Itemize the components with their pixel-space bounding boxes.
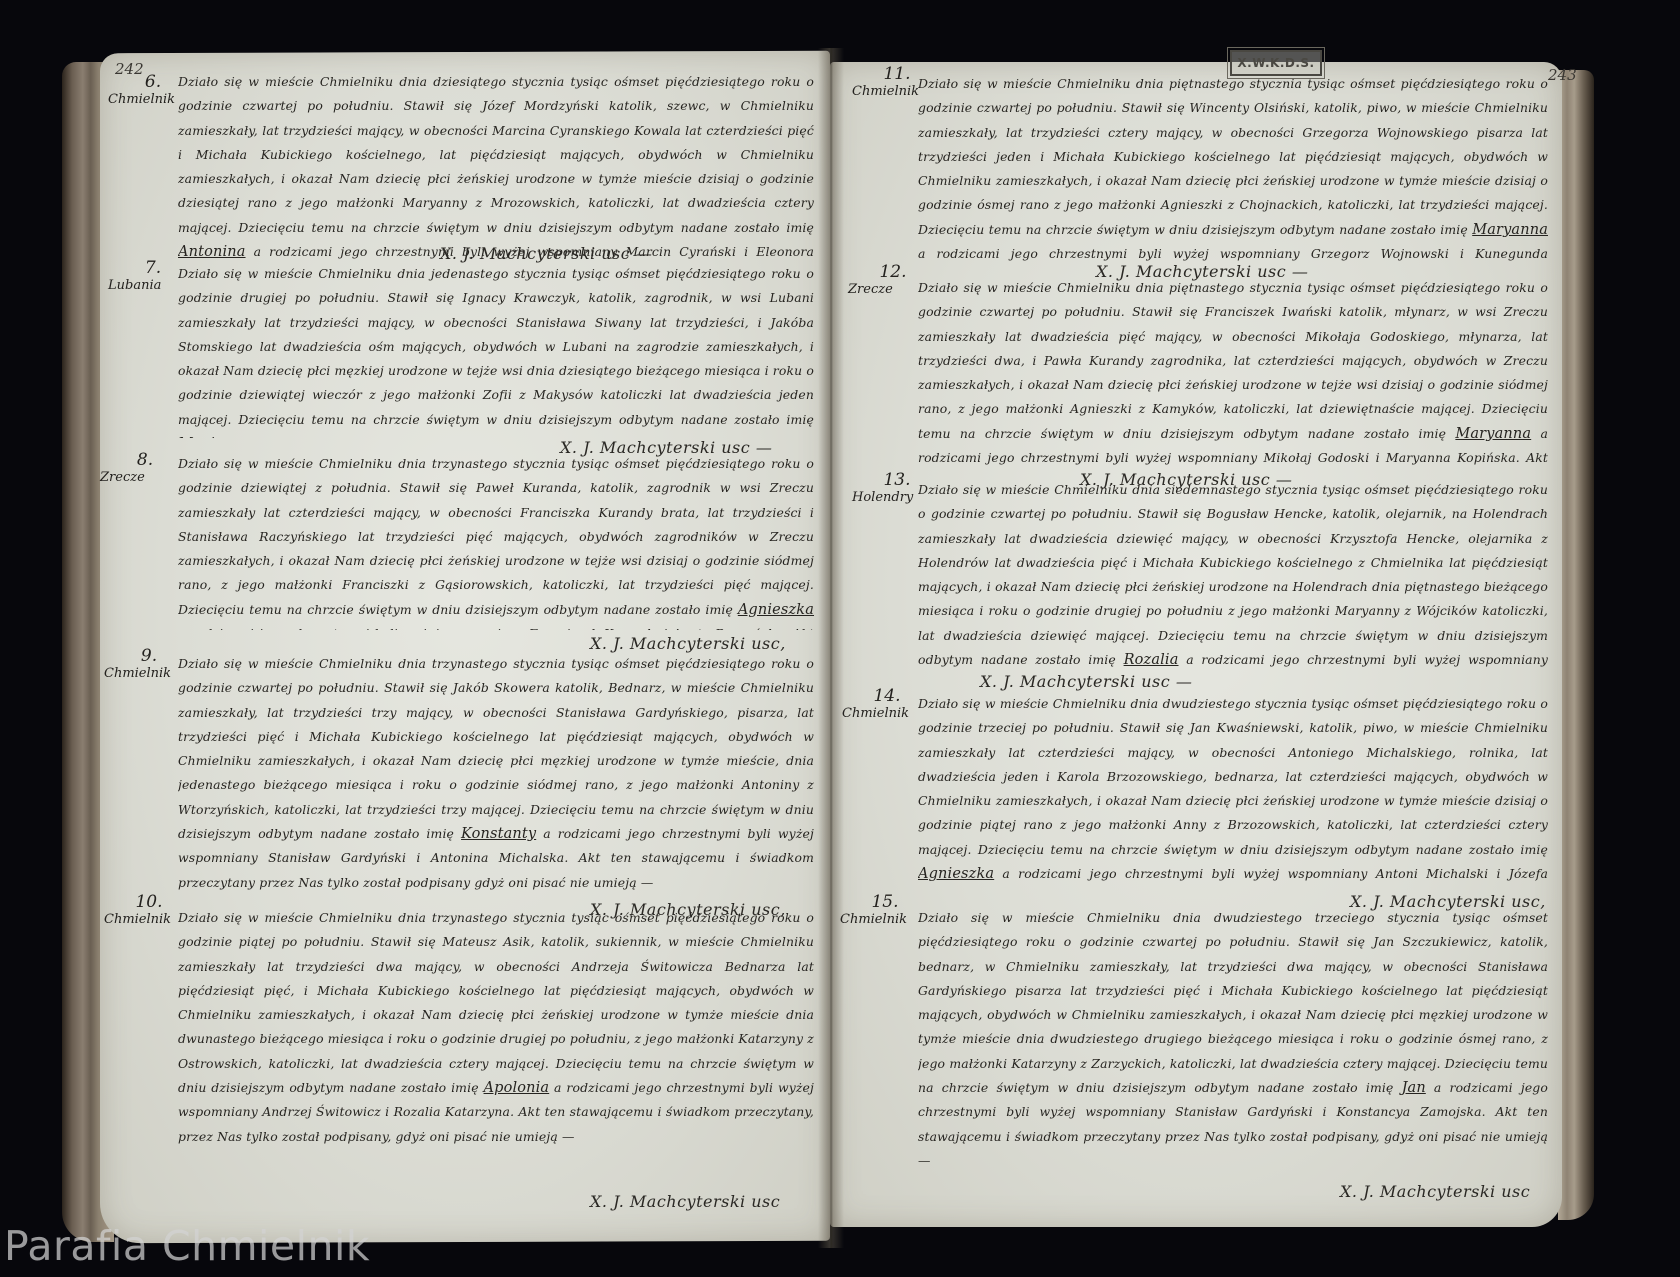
entry-number: 7. bbox=[108, 258, 188, 278]
child-name: Apolonia bbox=[484, 1080, 550, 1096]
child-name: Maciey bbox=[178, 436, 232, 438]
open-register-book: 242 243 X.W.K.D.S. 6. Chmielnik Działo s… bbox=[0, 0, 1680, 1277]
entry-margin: 9. Chmielnik bbox=[104, 646, 184, 681]
entry-text: Działo się w mieście Chmielniku dnia trz… bbox=[178, 906, 814, 1184]
entry-place: Chmielnik bbox=[104, 666, 184, 681]
child-name: Antonina bbox=[178, 244, 246, 260]
entry-margin: 7. Lubania bbox=[108, 258, 188, 293]
parish-watermark: Parafia Chmielnik bbox=[4, 1222, 370, 1270]
child-name: Konstanty bbox=[461, 826, 536, 842]
child-name: Maryanna bbox=[1472, 222, 1548, 238]
priest-signature: X. J. Machcyterski usc, bbox=[590, 634, 786, 653]
entry-place: Lubania bbox=[108, 278, 188, 293]
entry-text: Działo się w mieście Chmielniku dnia jed… bbox=[178, 262, 814, 438]
right-page-number: 243 bbox=[1548, 66, 1577, 84]
entry-number: 12. bbox=[848, 262, 928, 282]
child-name: Agnieszka bbox=[918, 866, 994, 882]
entry-place: Chmielnik bbox=[842, 706, 922, 721]
entry-place: Chmielnik bbox=[840, 912, 920, 927]
entry-number: 8. bbox=[100, 450, 180, 470]
entry-text: Działo się w mieście Chmielniku dnia dwu… bbox=[918, 692, 1548, 892]
priest-signature: X. J. Machcyterski usc bbox=[590, 1192, 780, 1211]
entry-margin: 8. Zrecze bbox=[100, 450, 180, 485]
entry-place: Zrecze bbox=[848, 282, 928, 297]
entry-text: Działo się w mieście Chmielniku dnia pię… bbox=[918, 276, 1548, 472]
entry-margin: 6. Chmielnik bbox=[108, 72, 188, 107]
entry-text: Działo się w mieście Chmielniku dnia dzi… bbox=[178, 70, 814, 262]
entry-margin: 15. Chmielnik bbox=[840, 892, 920, 927]
entry-text: Działo się w mieście Chmielniku dnia dwu… bbox=[918, 906, 1548, 1182]
entry-text: Działo się w mieście Chmielniku dnia sie… bbox=[918, 478, 1548, 674]
entry-number: 14. bbox=[842, 686, 922, 706]
entry-text: Działo się w mieście Chmielniku dnia trz… bbox=[178, 452, 814, 630]
child-name: Rozalia bbox=[1124, 652, 1179, 668]
child-name: Maryanna bbox=[1455, 426, 1531, 442]
entry-margin: 12. Zrecze bbox=[848, 262, 928, 297]
entry-number: 6. bbox=[108, 72, 188, 92]
child-name: Agnieszka bbox=[738, 602, 814, 618]
entry-margin: 10. Chmielnik bbox=[104, 892, 184, 927]
entry-margin: 14. Chmielnik bbox=[842, 686, 922, 721]
entry-text: Działo się w mieście Chmielniku dnia trz… bbox=[178, 652, 814, 906]
page-stack-right bbox=[1558, 70, 1594, 1220]
entry-number: 10. bbox=[104, 892, 184, 912]
entry-text: Działo się w mieście Chmielniku dnia pię… bbox=[918, 72, 1548, 268]
priest-signature: X. J. Machcyterski usc — bbox=[440, 244, 652, 263]
entry-place: Chmielnik bbox=[108, 92, 188, 107]
entry-number: 9. bbox=[104, 646, 184, 666]
priest-signature: X. J. Machcyterski usc — bbox=[980, 672, 1192, 691]
entry-number: 15. bbox=[840, 892, 920, 912]
priest-signature: X. J. Machcyterski usc bbox=[1340, 1182, 1530, 1201]
entry-place: Chmielnik bbox=[104, 912, 184, 927]
child-name: Jan bbox=[1402, 1080, 1426, 1096]
book-gutter bbox=[818, 48, 844, 1248]
entry-place: Zrecze bbox=[100, 470, 180, 485]
